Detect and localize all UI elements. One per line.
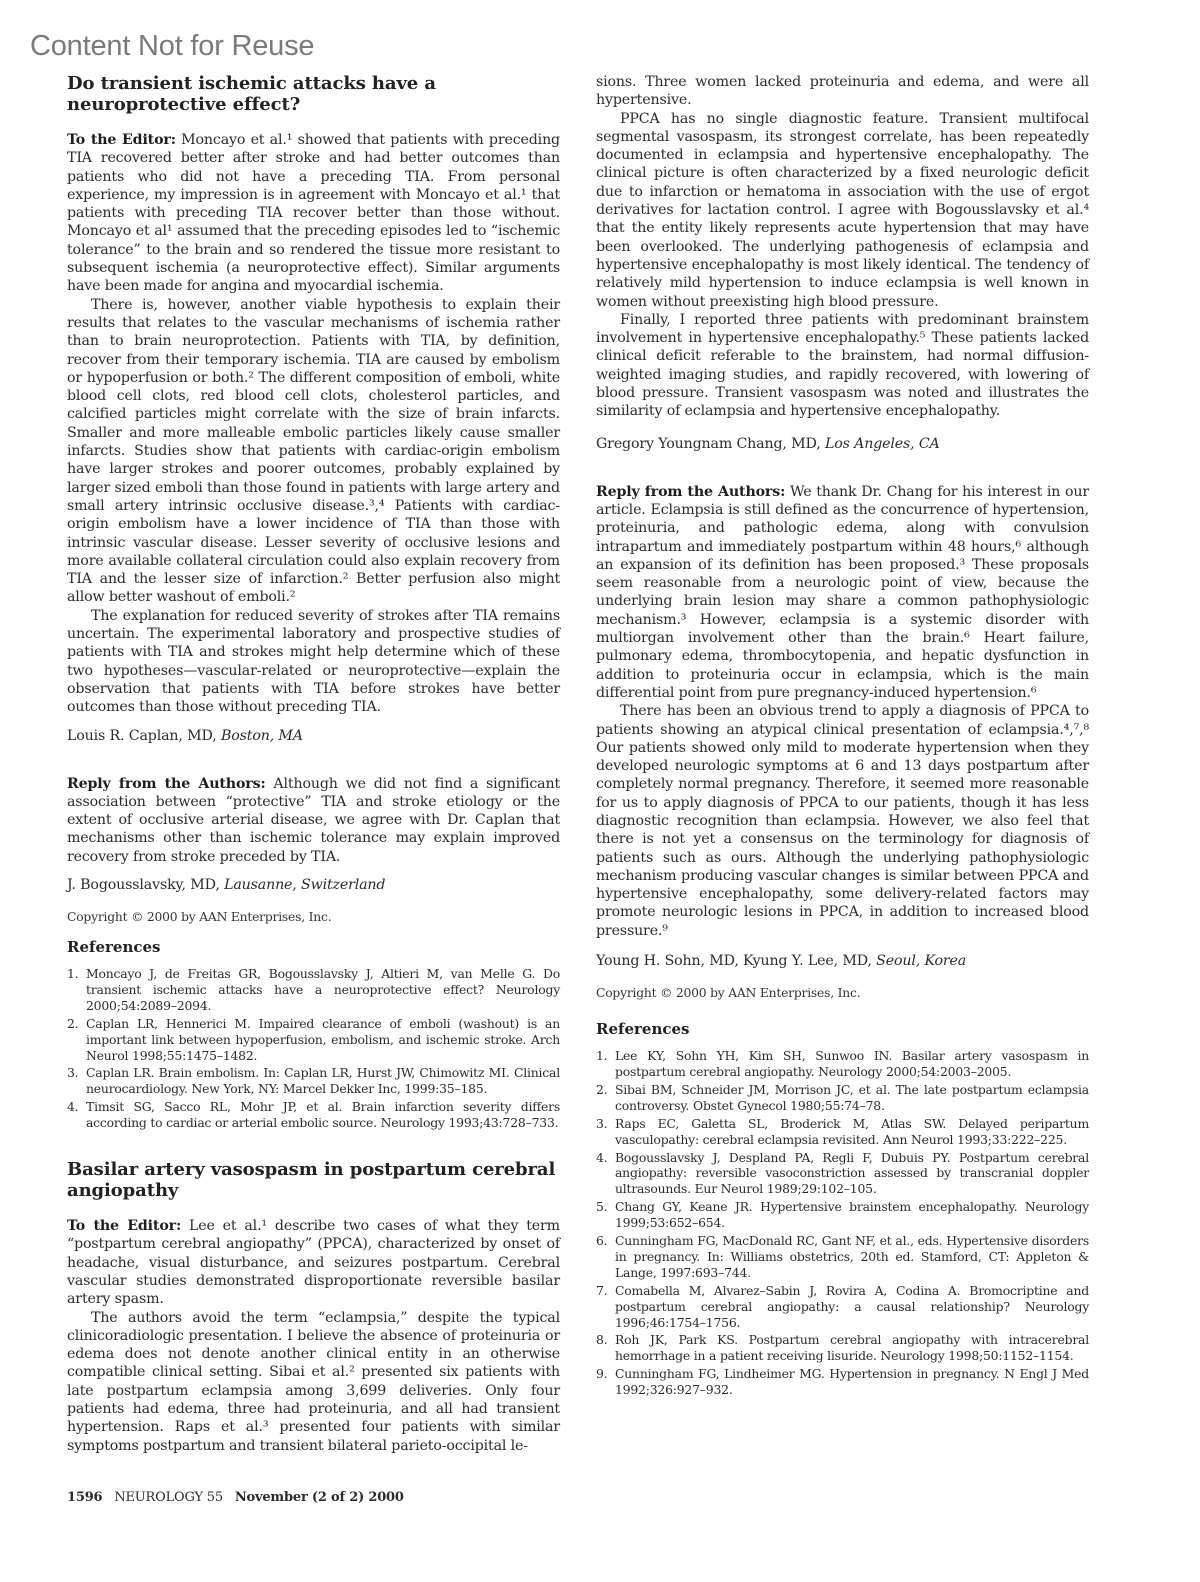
reply-signature: J. Bogousslavsky, MD, Lausanne, Switzerl… [67, 876, 560, 894]
reference-item: 1.Lee KY, Sohn YH, Kim SH, Sunwoo IN. Ba… [596, 1048, 1089, 1080]
article-title-basilar: Basilar artery vasospasm in postpartum c… [67, 1159, 560, 1201]
page-number: 1596 [67, 1490, 102, 1505]
right-column: sions. Three women lacked proteinuria an… [596, 73, 1089, 1400]
letter-paragraph: Finally, I reported three patients with … [596, 311, 1089, 421]
reference-item: 2.Caplan LR, Hennerici M. Impaired clear… [67, 1016, 560, 1064]
letter-lead: To the Editor: [67, 1218, 181, 1234]
letter-paragraph: To the Editor: Moncayo et al.¹ showed th… [67, 131, 560, 296]
reference-item: 6.Cunningham FG, MacDonald RC, Gant NF, … [596, 1233, 1089, 1281]
letter-paragraph: There is, however, another viable hypoth… [67, 296, 560, 607]
reply-paragraph: Reply from the Authors: We thank Dr. Cha… [596, 483, 1089, 703]
reference-item: 7.Comabella M, Alvarez–Sabin J, Rovira A… [596, 1283, 1089, 1331]
letter-paragraph: sions. Three women lacked proteinuria an… [596, 73, 1089, 110]
reference-list: 1.Lee KY, Sohn YH, Kim SH, Sunwoo IN. Ba… [596, 1048, 1089, 1398]
letter-paragraph: The explanation for reduced severity of … [67, 607, 560, 717]
watermark: Content Not for Reuse [30, 30, 314, 63]
reference-item: 3.Raps EC, Galetta SL, Broderick M, Atla… [596, 1116, 1089, 1148]
reference-item: 2.Sibai BM, Schneider JM, Morrison JC, e… [596, 1082, 1089, 1114]
reference-item: 8.Roh JK, Park KS. Postpartum cerebral a… [596, 1332, 1089, 1364]
reply-paragraph: Reply from the Authors: Although we did … [67, 775, 560, 866]
references-heading: References [67, 938, 560, 956]
issue-date: November (2 of 2) 2000 [235, 1490, 404, 1505]
reply-lead: Reply from the Authors: [596, 484, 785, 500]
reference-list: 1.Moncayo J, de Freitas GR, Bogousslavsk… [67, 966, 560, 1131]
letter-signature: Louis R. Caplan, MD, Boston, MA [67, 727, 560, 745]
letter-paragraph: PPCA has no single diagnostic feature. T… [596, 110, 1089, 311]
reference-item: 9.Cunningham FG, Lindheimer MG. Hyperten… [596, 1366, 1089, 1398]
letter-signature: Gregory Youngnam Chang, MD, Los Angeles,… [596, 435, 1089, 453]
reference-item: 4.Bogousslavsky J, Despland PA, Regli F,… [596, 1150, 1089, 1198]
reply-lead: Reply from the Authors: [67, 776, 266, 792]
article-title-tia: Do transient ischemic attacks have a neu… [67, 73, 560, 115]
reference-item: 3.Caplan LR. Brain embolism. In: Caplan … [67, 1065, 560, 1097]
page-footer: 1596 NEUROLOGY 55 November (2 of 2) 2000 [67, 1490, 412, 1505]
left-column: Do transient ischemic attacks have a neu… [67, 73, 560, 1455]
reference-item: 1.Moncayo J, de Freitas GR, Bogousslavsk… [67, 966, 560, 1014]
letter-paragraph: The authors avoid the term “eclampsia,” … [67, 1309, 560, 1455]
reply-paragraph: There has been an obvious trend to apply… [596, 702, 1089, 940]
references-heading: References [596, 1020, 1089, 1038]
copyright-notice: Copyright © 2000 by AAN Enterprises, Inc… [596, 986, 1089, 1000]
reference-item: 4.Timsit SG, Sacco RL, Mohr JP, et al. B… [67, 1099, 560, 1131]
reference-item: 5.Chang GY, Keane JR. Hypertensive brain… [596, 1199, 1089, 1231]
letter-lead: To the Editor: [67, 132, 176, 148]
journal-name: NEUROLOGY 55 [114, 1490, 223, 1505]
copyright-notice: Copyright © 2000 by AAN Enterprises, Inc… [67, 910, 560, 924]
reply-signature: Young H. Sohn, MD, Kyung Y. Lee, MD, Seo… [596, 952, 1089, 970]
letter-paragraph: To the Editor: Lee et al.¹ describe two … [67, 1217, 560, 1308]
